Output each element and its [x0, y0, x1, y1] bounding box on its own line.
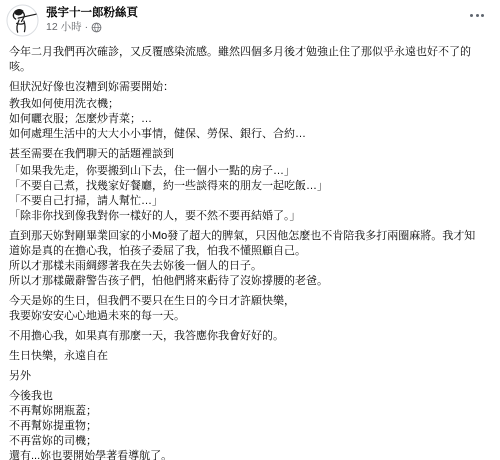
avatar[interactable] [6, 4, 39, 37]
meta-separator: · [85, 21, 89, 34]
facebook-post: 張宇十一郎粉絲頁 12 小時 · 今年二月我們再次確診，又反覆感染流感。雖然四個… [0, 0, 500, 460]
timestamp[interactable]: 12 小時 [46, 21, 82, 34]
post-paragraph: 直到那天妳對剛畢業回家的小Mo發了超大的脾氣，只因他怎麼也不肯陪我多打兩圈麻將。… [9, 229, 486, 289]
post-paragraph: 但狀況好像也沒糟到妳需要開始： [9, 80, 486, 95]
post-paragraph: 今年二月我們再次確診，又反覆感染流感。雖然四個多月後才勉強止住了那似乎永遠也好不… [9, 45, 486, 75]
post-body: 今年二月我們再次確診，又反覆感染流感。雖然四個多月後才勉強止住了那似乎永遠也好不… [0, 42, 500, 460]
globe-icon [91, 22, 102, 33]
ellipsis-icon [470, 14, 473, 17]
post-paragraph: 生日快樂，永遠自在 [9, 349, 486, 364]
post-options-button[interactable] [464, 6, 490, 25]
post-header: 張宇十一郎粉絲頁 12 小時 · [0, 0, 500, 42]
post-paragraph: 甚至需要在我們聊天的話題裡談到 [9, 147, 486, 162]
post-paragraph: 今後我也 不再幫妳開瓶蓋； 不再幫妳提重物； 不再當妳的司機； 還有...妳也要… [9, 389, 486, 460]
ellipsis-icon [476, 14, 479, 17]
post-meta-row: 12 小時 · [46, 21, 464, 34]
post-paragraph: 另外 [9, 369, 486, 384]
header-meta: 張宇十一郎粉絲頁 12 小時 · [46, 4, 464, 34]
page-name[interactable]: 張宇十一郎粉絲頁 [46, 6, 464, 20]
post-paragraph: 「如果我先走，你要搬到山下去，住一個小一點的房子…」 「不要自己煮，找幾家好餐廳… [9, 164, 486, 224]
post-paragraph: 不用擔心我，如果真有那麼一天，我答應你我會好好的。 [9, 329, 486, 344]
ellipsis-icon [481, 14, 484, 17]
post-paragraph: 今天是妳的生日，但我們不要只在生日的今日才許願快樂， 我要妳安安心心地過未來的每… [9, 294, 486, 324]
avatar-sketch [6, 4, 39, 37]
post-paragraph: 教我如何使用洗衣機； 如何曬衣服；怎麼炒青菜；… 如何處理生活中的大大小小事情，… [9, 97, 486, 142]
